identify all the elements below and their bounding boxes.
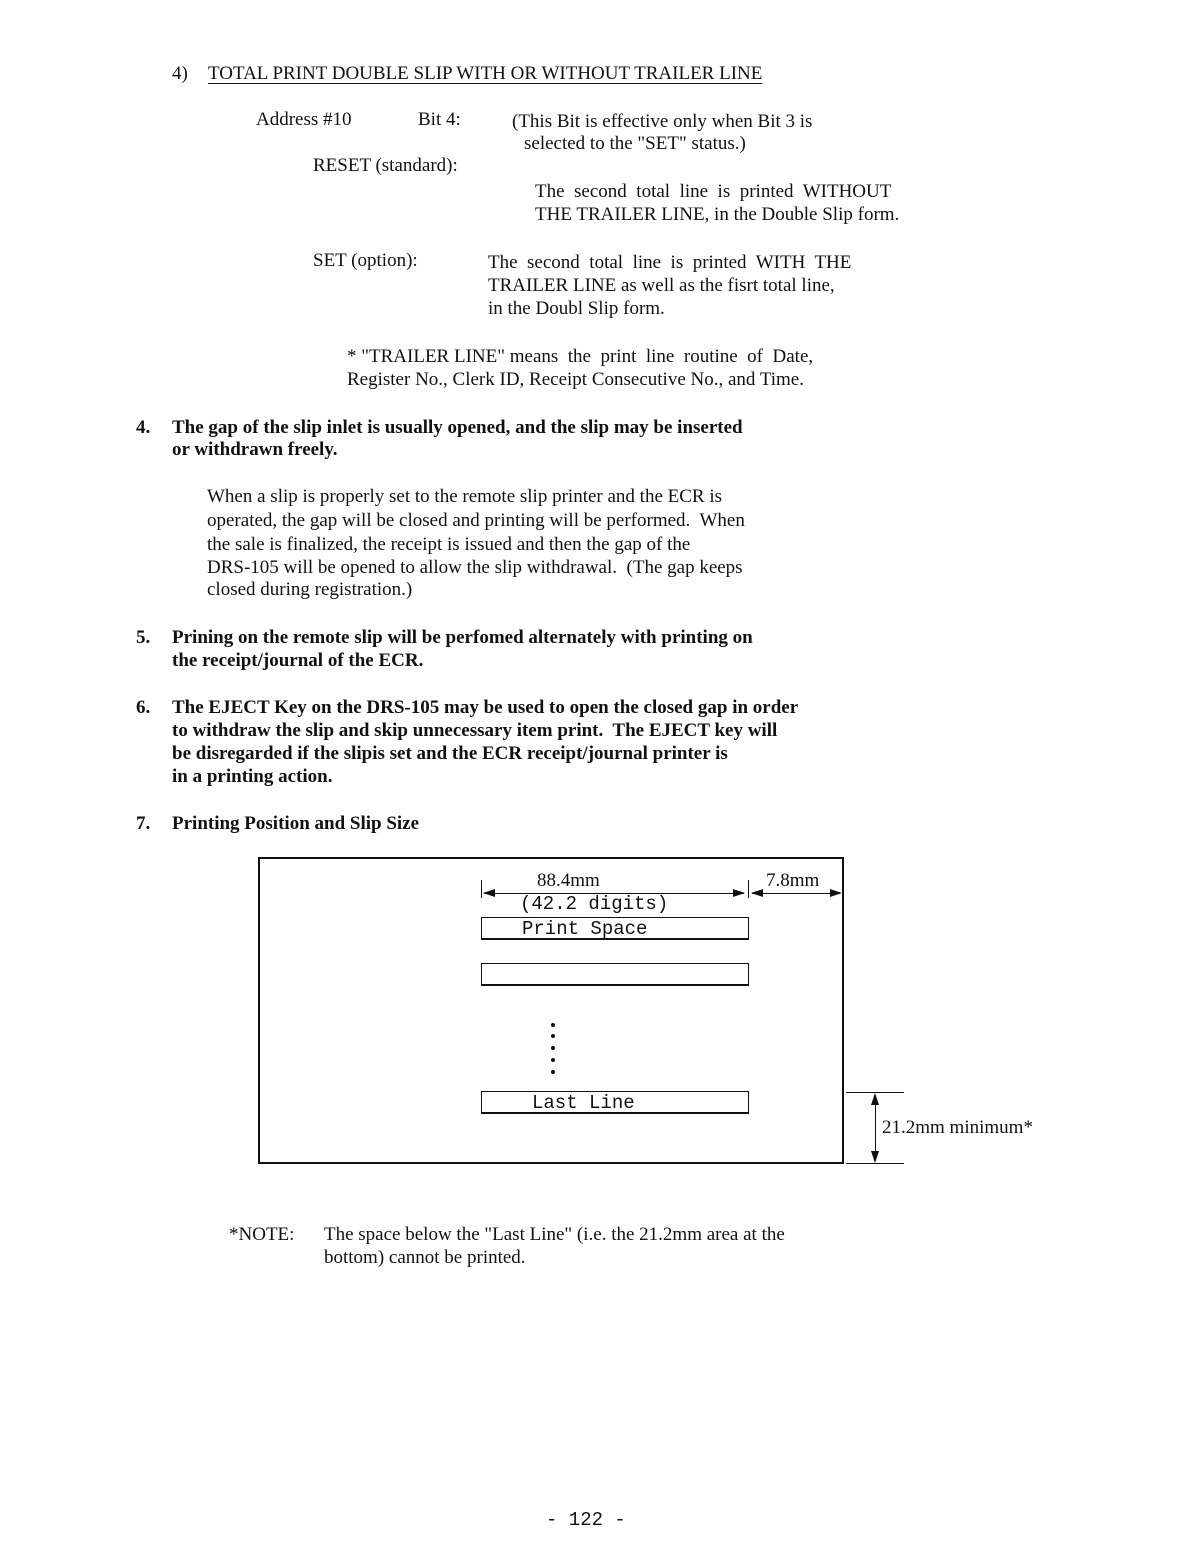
set-text-line: TRAILER LINE as well as the fisrt total … bbox=[488, 274, 835, 297]
item-line: The EJECT Key on the DRS-105 may be used… bbox=[172, 696, 798, 719]
arrow-right-icon bbox=[830, 889, 842, 897]
address-label: Address #10 bbox=[256, 108, 352, 131]
width-label: 88.4mm bbox=[537, 870, 600, 892]
item-body-line: operated, the gap will be closed and pri… bbox=[207, 509, 745, 532]
item-number: 5. bbox=[136, 626, 150, 649]
set-text-line: The second total line is printed WITH TH… bbox=[488, 251, 851, 274]
item-body-line: closed during registration.) bbox=[207, 578, 412, 601]
footnote-line: * "TRAILER LINE" means the print line ro… bbox=[347, 345, 813, 368]
ellipsis-dot bbox=[551, 1034, 555, 1038]
note-label: *NOTE: bbox=[229, 1223, 294, 1246]
item-body-line: the sale is finalized, the receipt is is… bbox=[207, 533, 690, 556]
set-label: SET (option): bbox=[313, 249, 418, 272]
reset-label: RESET (standard): bbox=[313, 154, 458, 177]
print-space-label: Print Space bbox=[522, 919, 647, 939]
item-heading-line: Prining on the remote slip will be perfo… bbox=[172, 626, 753, 649]
ellipsis-dot bbox=[551, 1070, 555, 1074]
item-heading: Printing Position and Slip Size bbox=[172, 812, 419, 835]
reset-text-line: THE TRAILER LINE, in the Double Slip for… bbox=[535, 203, 899, 226]
item-heading-line: the receipt/journal of the ECR. bbox=[172, 649, 423, 672]
item-number: 4. bbox=[136, 416, 150, 439]
digits-label: (42.2 digits) bbox=[520, 893, 668, 915]
arrow-left-icon bbox=[751, 889, 763, 897]
last-line-label: Last Line bbox=[532, 1093, 635, 1113]
item-number: 7. bbox=[136, 812, 150, 835]
subsection-number: 4) bbox=[172, 62, 188, 85]
item-heading-line: or withdrawn freely. bbox=[172, 438, 338, 461]
item-line: be disregarded if the slipis set and the… bbox=[172, 742, 728, 765]
page-number: - 122 - bbox=[546, 1509, 626, 1531]
note-line: The space below the "Last Line" (i.e. th… bbox=[324, 1223, 785, 1246]
bit-note-line: selected to the "SET" status.) bbox=[524, 132, 746, 155]
item-line: to withdraw the slip and skip unnecessar… bbox=[172, 719, 777, 742]
item-body-line: When a slip is properly set to the remot… bbox=[207, 485, 722, 508]
arrow-right-icon bbox=[733, 889, 745, 897]
bottom-margin-label: 21.2mm minimum* bbox=[882, 1117, 1033, 1139]
subsection-title: TOTAL PRINT DOUBLE SLIP WITH OR WITHOUT … bbox=[208, 62, 762, 85]
last-line-box: Last Line bbox=[481, 1091, 749, 1114]
dimension-tick bbox=[748, 880, 749, 898]
dimension-line bbox=[752, 893, 840, 894]
footnote-line: Register No., Clerk ID, Receipt Consecut… bbox=[347, 368, 804, 391]
dimension-line bbox=[846, 1163, 904, 1164]
ellipsis-dot bbox=[551, 1046, 555, 1050]
set-text-line: in the Doubl Slip form. bbox=[488, 297, 665, 320]
item-number: 6. bbox=[136, 696, 150, 719]
bit-note-line: (This Bit is effective only when Bit 3 i… bbox=[512, 110, 812, 133]
margin-label: 7.8mm bbox=[766, 870, 819, 892]
item-line: in a printing action. bbox=[172, 765, 332, 788]
arrow-down-icon bbox=[871, 1151, 879, 1163]
arrow-left-icon bbox=[483, 889, 495, 897]
bit-label: Bit 4: bbox=[418, 108, 461, 131]
print-space-box: Print Space bbox=[481, 917, 749, 940]
dimension-tick bbox=[481, 880, 482, 898]
ellipsis-dot bbox=[551, 1023, 555, 1027]
reset-text-line: The second total line is printed WITHOUT bbox=[535, 180, 891, 203]
print-line-box bbox=[481, 963, 749, 986]
ellipsis-dot bbox=[551, 1058, 555, 1062]
item-body-line: DRS-105 will be opened to allow the slip… bbox=[207, 556, 743, 579]
note-line: bottom) cannot be printed. bbox=[324, 1246, 526, 1269]
arrow-up-icon bbox=[871, 1093, 879, 1105]
item-heading-line: The gap of the slip inlet is usually ope… bbox=[172, 416, 743, 439]
